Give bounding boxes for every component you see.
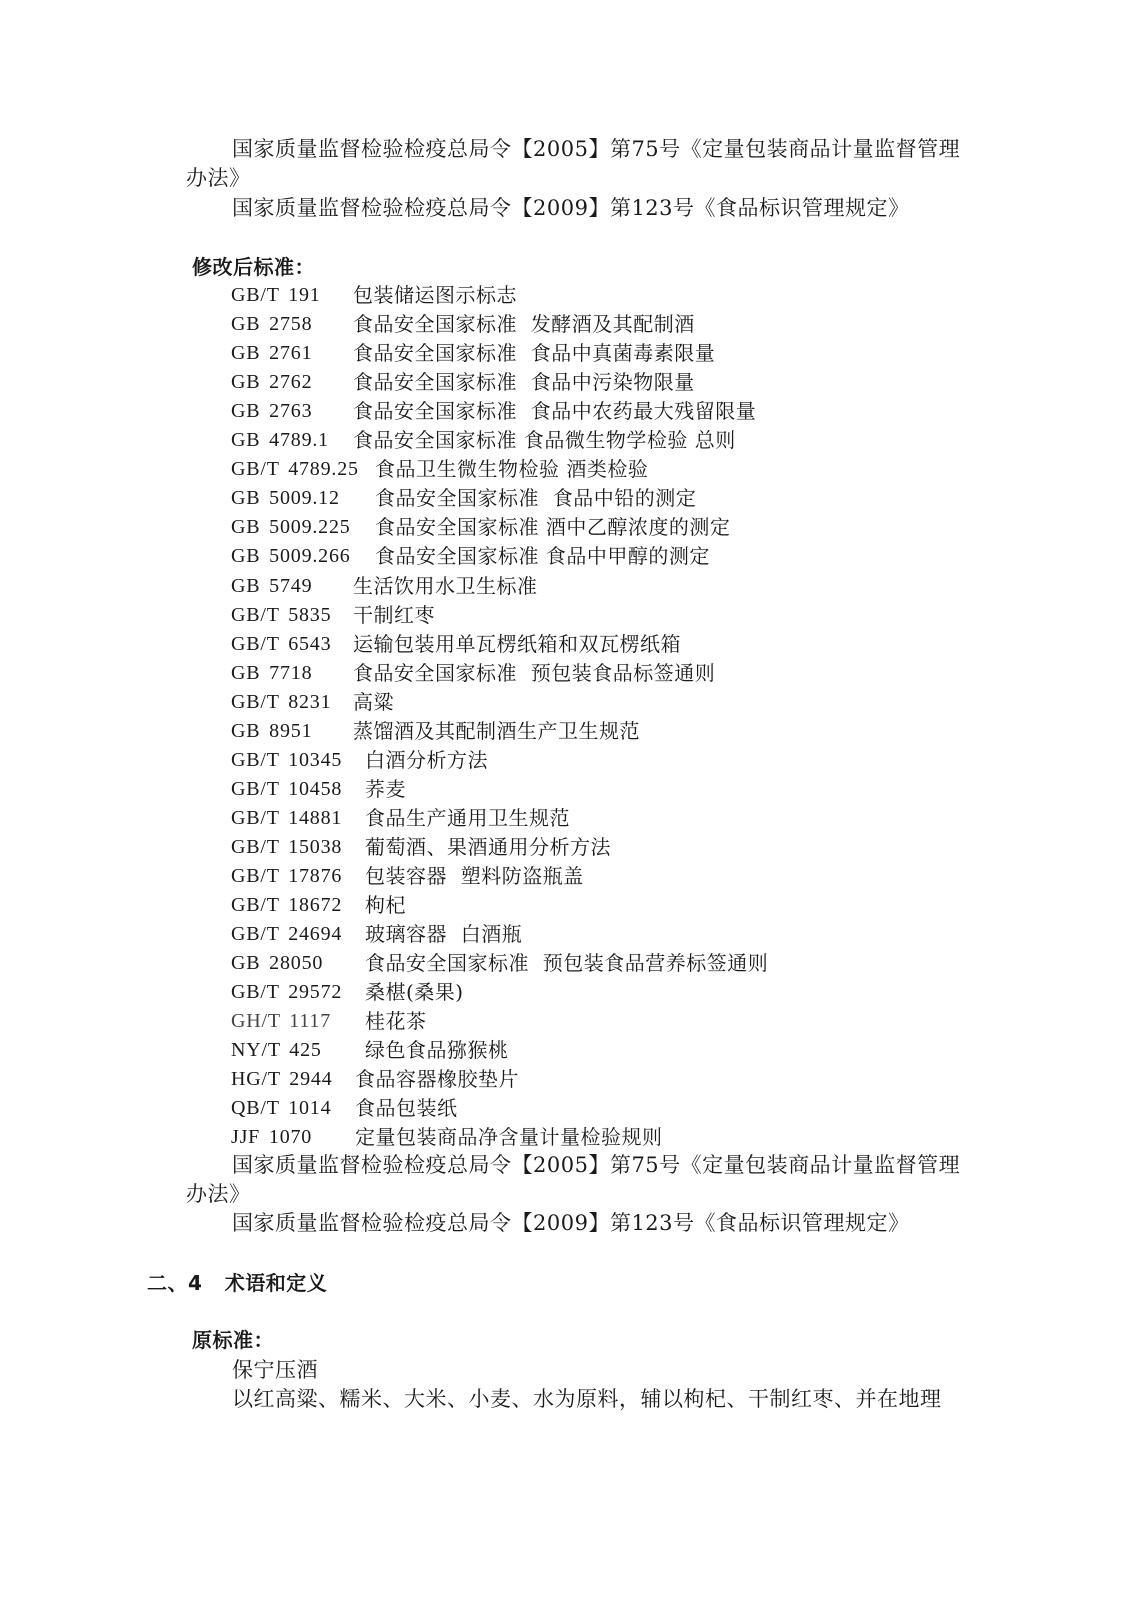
standard-code: HG/T 2944 bbox=[231, 1065, 333, 1094]
term-definition: 以红高粱、糯米、大米、小麦、水为原料，辅以枸杞、干制红枣、并在地理 bbox=[232, 1385, 942, 1414]
standard-code: GB 8951 bbox=[231, 717, 312, 746]
standard-code: GB/T 29572 bbox=[231, 978, 342, 1007]
standard-code: GB 2758 bbox=[231, 310, 312, 339]
standard-code: GB/T 15038 bbox=[231, 833, 342, 862]
standard-code: GB/T 24694 bbox=[231, 920, 342, 949]
standard-code: GB/T 14881 bbox=[231, 804, 342, 833]
standard-code: GB 5749 bbox=[231, 572, 312, 601]
regulation-2005-line2: 办法》 bbox=[186, 164, 251, 193]
standard-code: GB/T 10458 bbox=[231, 775, 342, 804]
standard-title: 桑椹(桑果) bbox=[365, 978, 464, 1007]
standard-code: GB/T 191 bbox=[231, 281, 321, 310]
standard-title: 食品安全国家标准 食品中铅的测定 bbox=[375, 484, 696, 513]
standard-code: GB 2762 bbox=[231, 368, 312, 397]
standard-title: 食品安全国家标准 发酵酒及其配制酒 bbox=[353, 310, 695, 339]
standard-title: 白酒分析方法 bbox=[365, 746, 488, 775]
standard-title: 桂花茶 bbox=[365, 1007, 427, 1036]
revised-regulation-2009: 国家质量监督检验检疫总局令【2009】第123号《食品标识管理规定》 bbox=[232, 1209, 910, 1238]
standard-title: 运输包装用单瓦楞纸箱和双瓦楞纸箱 bbox=[353, 630, 681, 659]
standard-code: GB 4789.1 bbox=[231, 426, 329, 455]
standard-title: 生活饮用水卫生标准 bbox=[353, 572, 538, 601]
standard-title: 荞麦 bbox=[365, 775, 406, 804]
standard-title: 包装容器 塑料防盗瓶盖 bbox=[365, 862, 584, 891]
standard-code: GB/T 6543 bbox=[231, 630, 331, 659]
standard-title: 玻璃容器 白酒瓶 bbox=[365, 920, 522, 949]
standard-code: GB/T 18672 bbox=[231, 891, 342, 920]
standard-code: QB/T 1014 bbox=[231, 1094, 331, 1123]
standard-title: 干制红枣 bbox=[353, 601, 435, 630]
standard-title: 葡萄酒、果酒通用分析方法 bbox=[365, 833, 611, 862]
standard-title: 食品安全国家标准 食品中甲醇的测定 bbox=[375, 542, 710, 571]
standard-code: GB 28050 bbox=[231, 949, 323, 978]
standard-code: GB 5009.12 bbox=[231, 484, 340, 513]
standard-title: 食品安全国家标准 食品微生物学检验 总则 bbox=[353, 426, 736, 455]
standard-code: JJF 1070 bbox=[231, 1123, 312, 1152]
standard-code: GB/T 10345 bbox=[231, 746, 342, 775]
regulation-2009: 国家质量监督检验检疫总局令【2009】第123号《食品标识管理规定》 bbox=[232, 194, 910, 223]
standard-code: GB/T 17876 bbox=[231, 862, 342, 891]
revised-standards-heading: 修改后标准： bbox=[192, 253, 315, 282]
original-standard-heading: 原标准： bbox=[192, 1326, 274, 1355]
standard-title: 定量包装商品净含量计量检验规则 bbox=[355, 1123, 663, 1152]
standard-code: GB/T 5835 bbox=[231, 601, 331, 630]
standard-title: 食品安全国家标准 食品中污染物限量 bbox=[353, 368, 695, 397]
standard-title: 包装储运图示标志 bbox=[353, 281, 517, 310]
standard-title: 食品安全国家标准 预包装食品标签通则 bbox=[353, 659, 715, 688]
standard-title: 食品卫生微生物检验 酒类检验 bbox=[375, 455, 648, 484]
standard-code: GB 5009.225 bbox=[231, 513, 351, 542]
standard-code: GB 7718 bbox=[231, 659, 312, 688]
standard-title: 高粱 bbox=[353, 688, 394, 717]
standard-title: 食品生产通用卫生规范 bbox=[365, 804, 570, 833]
standard-code: GB 2761 bbox=[231, 339, 312, 368]
document-page: 国家质量监督检验检疫总局令【2005】第75号《定量包装商品计量监督管理 办法》… bbox=[0, 0, 1131, 1600]
standard-code: GB 5009.266 bbox=[231, 542, 351, 571]
standard-title: 食品安全国家标准 食品中真菌毒素限量 bbox=[353, 339, 715, 368]
standard-title: 枸杞 bbox=[365, 891, 406, 920]
standard-title: 食品包装纸 bbox=[355, 1094, 458, 1123]
standard-title: 绿色食品猕猴桃 bbox=[365, 1036, 509, 1065]
standard-title: 食品安全国家标准 酒中乙醇浓度的测定 bbox=[375, 513, 730, 542]
standard-title: 食品安全国家标准 预包装食品营养标签通则 bbox=[365, 949, 768, 978]
revised-regulation-2005-line2: 办法》 bbox=[186, 1180, 251, 1209]
revised-regulation-2005-line1: 国家质量监督检验检疫总局令【2005】第75号《定量包装商品计量监督管理 bbox=[232, 1151, 960, 1180]
term-name: 保宁压酒 bbox=[232, 1356, 318, 1385]
standard-title: 蒸馏酒及其配制酒生产卫生规范 bbox=[353, 717, 640, 746]
standard-title: 食品安全国家标准 食品中农药最大残留限量 bbox=[353, 397, 756, 426]
standard-code: GB/T 4789.25 bbox=[231, 455, 359, 484]
section-heading-terms: 二、4 术语和定义 bbox=[147, 1269, 327, 1298]
standard-code: GH/T 1117 bbox=[231, 1007, 331, 1036]
standard-code: NY/T 425 bbox=[231, 1036, 322, 1065]
standard-code: GB 2763 bbox=[231, 397, 312, 426]
regulation-2005-line1: 国家质量监督检验检疫总局令【2005】第75号《定量包装商品计量监督管理 bbox=[232, 135, 960, 164]
standard-title: 食品容器橡胶垫片 bbox=[355, 1065, 519, 1094]
standard-code: GB/T 8231 bbox=[231, 688, 331, 717]
